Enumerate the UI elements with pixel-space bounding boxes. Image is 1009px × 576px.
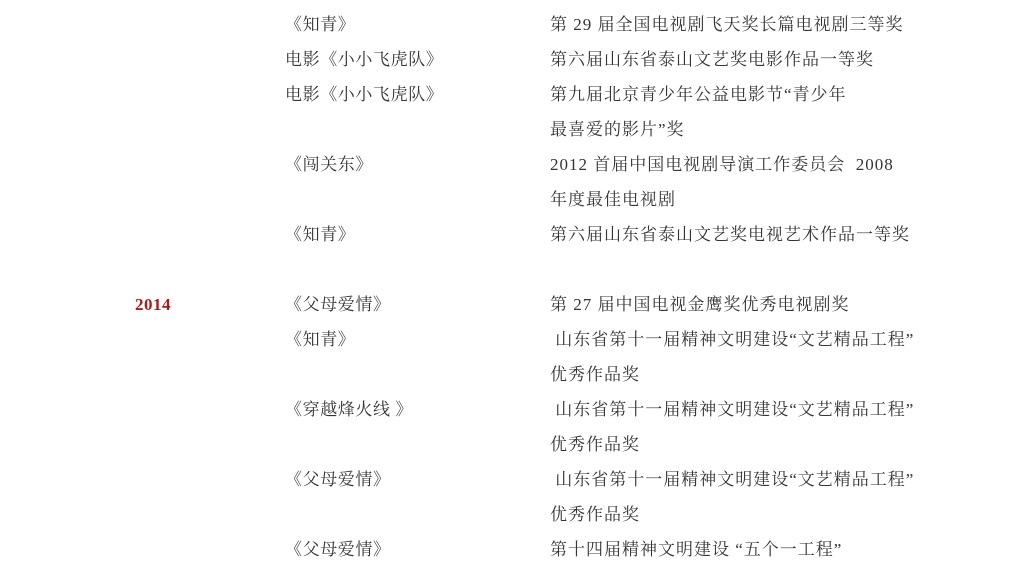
- year-cell: [0, 392, 285, 427]
- year-cell: [0, 217, 285, 252]
- work-title-cell: 《父母爱情》: [285, 287, 550, 322]
- table-row: 《穿越烽火线 》 山东省第十一届精神文明建设“文艺精品工程”: [0, 392, 1009, 427]
- table-row: 2014 《父母爱情》 第 27 届中国电视金鹰奖优秀电视剧奖: [0, 287, 1009, 322]
- work-title-cell: 《父母爱情》: [285, 532, 550, 567]
- year-cell: [0, 252, 285, 287]
- work-title-cell: 《穿越烽火线 》: [285, 392, 550, 427]
- award-text-cell: 第六届山东省泰山文艺奖电影作品一等奖: [550, 42, 1009, 77]
- work-title-cell: [285, 497, 550, 532]
- work-title-cell: 《父母爱情》: [285, 462, 550, 497]
- table-row: 电影《小小飞虎队》 第九届北京青少年公益电影节“青少年: [0, 77, 1009, 112]
- table-row: 最喜爱的影片”奖: [0, 112, 1009, 147]
- award-text-cell: 优秀作品奖: [550, 427, 1009, 462]
- table-row: 优秀作品奖: [0, 427, 1009, 462]
- award-text-cell: 最喜爱的影片”奖: [550, 112, 1009, 147]
- award-text-cell: 第六届山东省泰山文艺奖电视艺术作品一等奖: [550, 217, 1009, 252]
- work-title-cell: [285, 182, 550, 217]
- table-row: 《知青》 第 29 届全国电视剧飞天奖长篇电视剧三等奖: [0, 7, 1009, 42]
- year-cell: 2014: [0, 287, 285, 322]
- award-text-cell: 优秀作品奖: [550, 497, 1009, 532]
- awards-table: 《知青》 第 29 届全国电视剧飞天奖长篇电视剧三等奖 电影《小小飞虎队》 第六…: [0, 7, 1009, 567]
- award-text-cell: 第九届北京青少年公益电影节“青少年: [550, 77, 1009, 112]
- award-text-cell: 山东省第十一届精神文明建设“文艺精品工程”: [550, 392, 1009, 427]
- table-row: 优秀作品奖: [0, 497, 1009, 532]
- year-cell: [0, 112, 285, 147]
- award-text-cell: 山东省第十一届精神文明建设“文艺精品工程”: [550, 322, 1009, 357]
- work-title-cell: 《知青》: [285, 322, 550, 357]
- year-cell: [0, 322, 285, 357]
- table-row: 电影《小小飞虎队》 第六届山东省泰山文艺奖电影作品一等奖: [0, 42, 1009, 77]
- award-text-cell: [550, 252, 1009, 287]
- award-text-cell: 山东省第十一届精神文明建设“文艺精品工程”: [550, 462, 1009, 497]
- year-cell: [0, 182, 285, 217]
- work-title-cell: [285, 427, 550, 462]
- table-row: 年度最佳电视剧: [0, 182, 1009, 217]
- year-cell: [0, 42, 285, 77]
- work-title-cell: 《知青》: [285, 217, 550, 252]
- work-title-cell: [285, 357, 550, 392]
- table-row: 《父母爱情》 山东省第十一届精神文明建设“文艺精品工程”: [0, 462, 1009, 497]
- year-cell: [0, 357, 285, 392]
- year-cell: [0, 497, 285, 532]
- award-text-cell: 第 29 届全国电视剧飞天奖长篇电视剧三等奖: [550, 7, 1009, 42]
- document-page: 《知青》 第 29 届全国电视剧飞天奖长篇电视剧三等奖 电影《小小飞虎队》 第六…: [0, 0, 1009, 576]
- award-text-cell: 2012 首届中国电视剧导演工作委员会 2008: [550, 147, 1009, 182]
- year-cell: [0, 7, 285, 42]
- table-row: 优秀作品奖: [0, 357, 1009, 392]
- year-cell: [0, 77, 285, 112]
- table-row: 《知青》 山东省第十一届精神文明建设“文艺精品工程”: [0, 322, 1009, 357]
- work-title-cell: 《闯关东》: [285, 147, 550, 182]
- work-title-cell: [285, 252, 550, 287]
- table-row: 《闯关东》 2012 首届中国电视剧导演工作委员会 2008: [0, 147, 1009, 182]
- year-cell: [0, 462, 285, 497]
- year-cell: [0, 147, 285, 182]
- year-cell: [0, 427, 285, 462]
- work-title-cell: 电影《小小飞虎队》: [285, 77, 550, 112]
- work-title-cell: 《知青》: [285, 7, 550, 42]
- work-title-cell: 电影《小小飞虎队》: [285, 42, 550, 77]
- table-row-spacer: [0, 252, 1009, 287]
- award-text-cell: 第十四届精神文明建设 “五个一工程”: [550, 532, 1009, 567]
- year-cell: [0, 532, 285, 567]
- table-row: 《父母爱情》 第十四届精神文明建设 “五个一工程”: [0, 532, 1009, 567]
- award-text-cell: 第 27 届中国电视金鹰奖优秀电视剧奖: [550, 287, 1009, 322]
- work-title-cell: [285, 112, 550, 147]
- table-row: 《知青》 第六届山东省泰山文艺奖电视艺术作品一等奖: [0, 217, 1009, 252]
- award-text-cell: 优秀作品奖: [550, 357, 1009, 392]
- award-text-cell: 年度最佳电视剧: [550, 182, 1009, 217]
